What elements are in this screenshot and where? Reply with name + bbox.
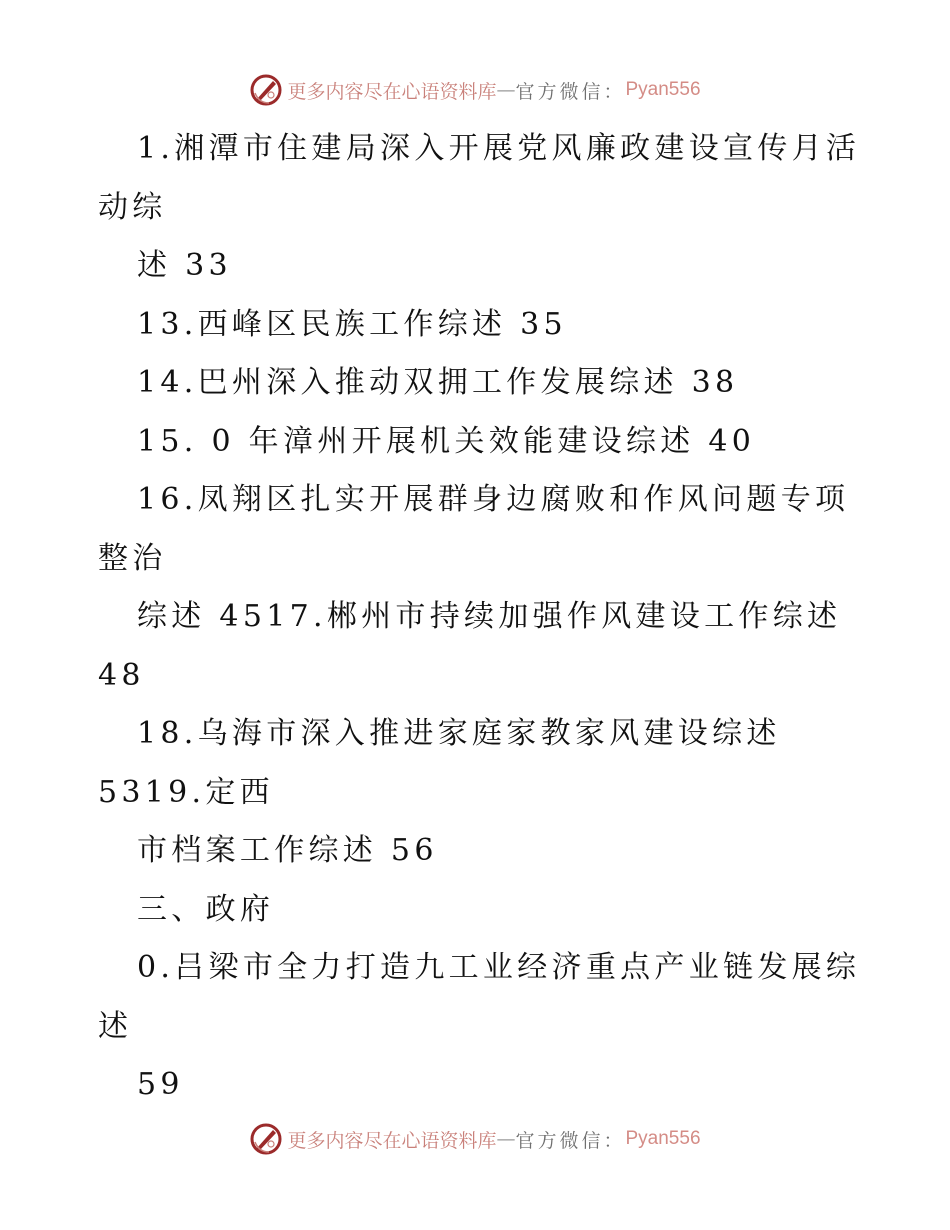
toc-line: 综述 4517.郴州市持续加强作风建设工作综述 (98, 588, 858, 647)
toc-line: 整治 (98, 530, 858, 589)
header-wechat-id: Pyan556 (626, 79, 701, 101)
footer-wechat-label: 官方微信： (515, 1126, 625, 1153)
toc-line: 15. 0 年漳州开展机关效能建设综述 40 (98, 413, 858, 472)
footer-brand-text: 更多内容尽在心语资料库 (287, 1126, 496, 1153)
quill-pen-logo-icon (249, 1122, 283, 1156)
toc-line: 59 (98, 1056, 858, 1115)
toc-line: 动综 (98, 179, 858, 238)
toc-line: 1.湘潭市住建局深入开展党风廉政建设宣传月活 (98, 120, 858, 179)
header-wechat-label: 官方微信： (515, 77, 625, 104)
toc-line: 13.西峰区民族工作综述 35 (98, 296, 858, 355)
toc-line: 述 33 (98, 237, 858, 296)
toc-line: 16.凤翔区扎实开展群身边腐败和作风问题专项 (98, 471, 858, 530)
toc-line: 5319.定西 (98, 764, 858, 823)
footer-watermark: 更多内容尽在心语资料库 — 官方微信： Pyan556 (0, 1119, 950, 1159)
header-brand-text: 更多内容尽在心语资料库 (287, 77, 496, 104)
toc-line: 14.巴州深入推动双拥工作发展综述 38 (98, 354, 858, 413)
toc-line: 0.吕梁市全力打造九工业经济重点产业链发展综 (98, 939, 858, 998)
footer-wechat-id: Pyan556 (626, 1128, 701, 1150)
toc-line: 述 (98, 998, 858, 1057)
document-body: 1.湘潭市住建局深入开展党风廉政建设宣传月活 动综 述 33 13.西峰区民族工… (98, 120, 858, 1115)
toc-line: 市档案工作综述 56 (98, 822, 858, 881)
toc-line: 48 (98, 647, 858, 706)
toc-line: 18.乌海市深入推进家庭家教家风建设综述 (98, 705, 858, 764)
section-heading: 三、政府 (98, 881, 858, 940)
footer-separator: — (496, 1128, 515, 1150)
header-watermark: 更多内容尽在心语资料库 — 官方微信： Pyan556 (0, 70, 950, 110)
header-separator: — (496, 79, 515, 101)
quill-pen-logo-icon (249, 73, 283, 107)
